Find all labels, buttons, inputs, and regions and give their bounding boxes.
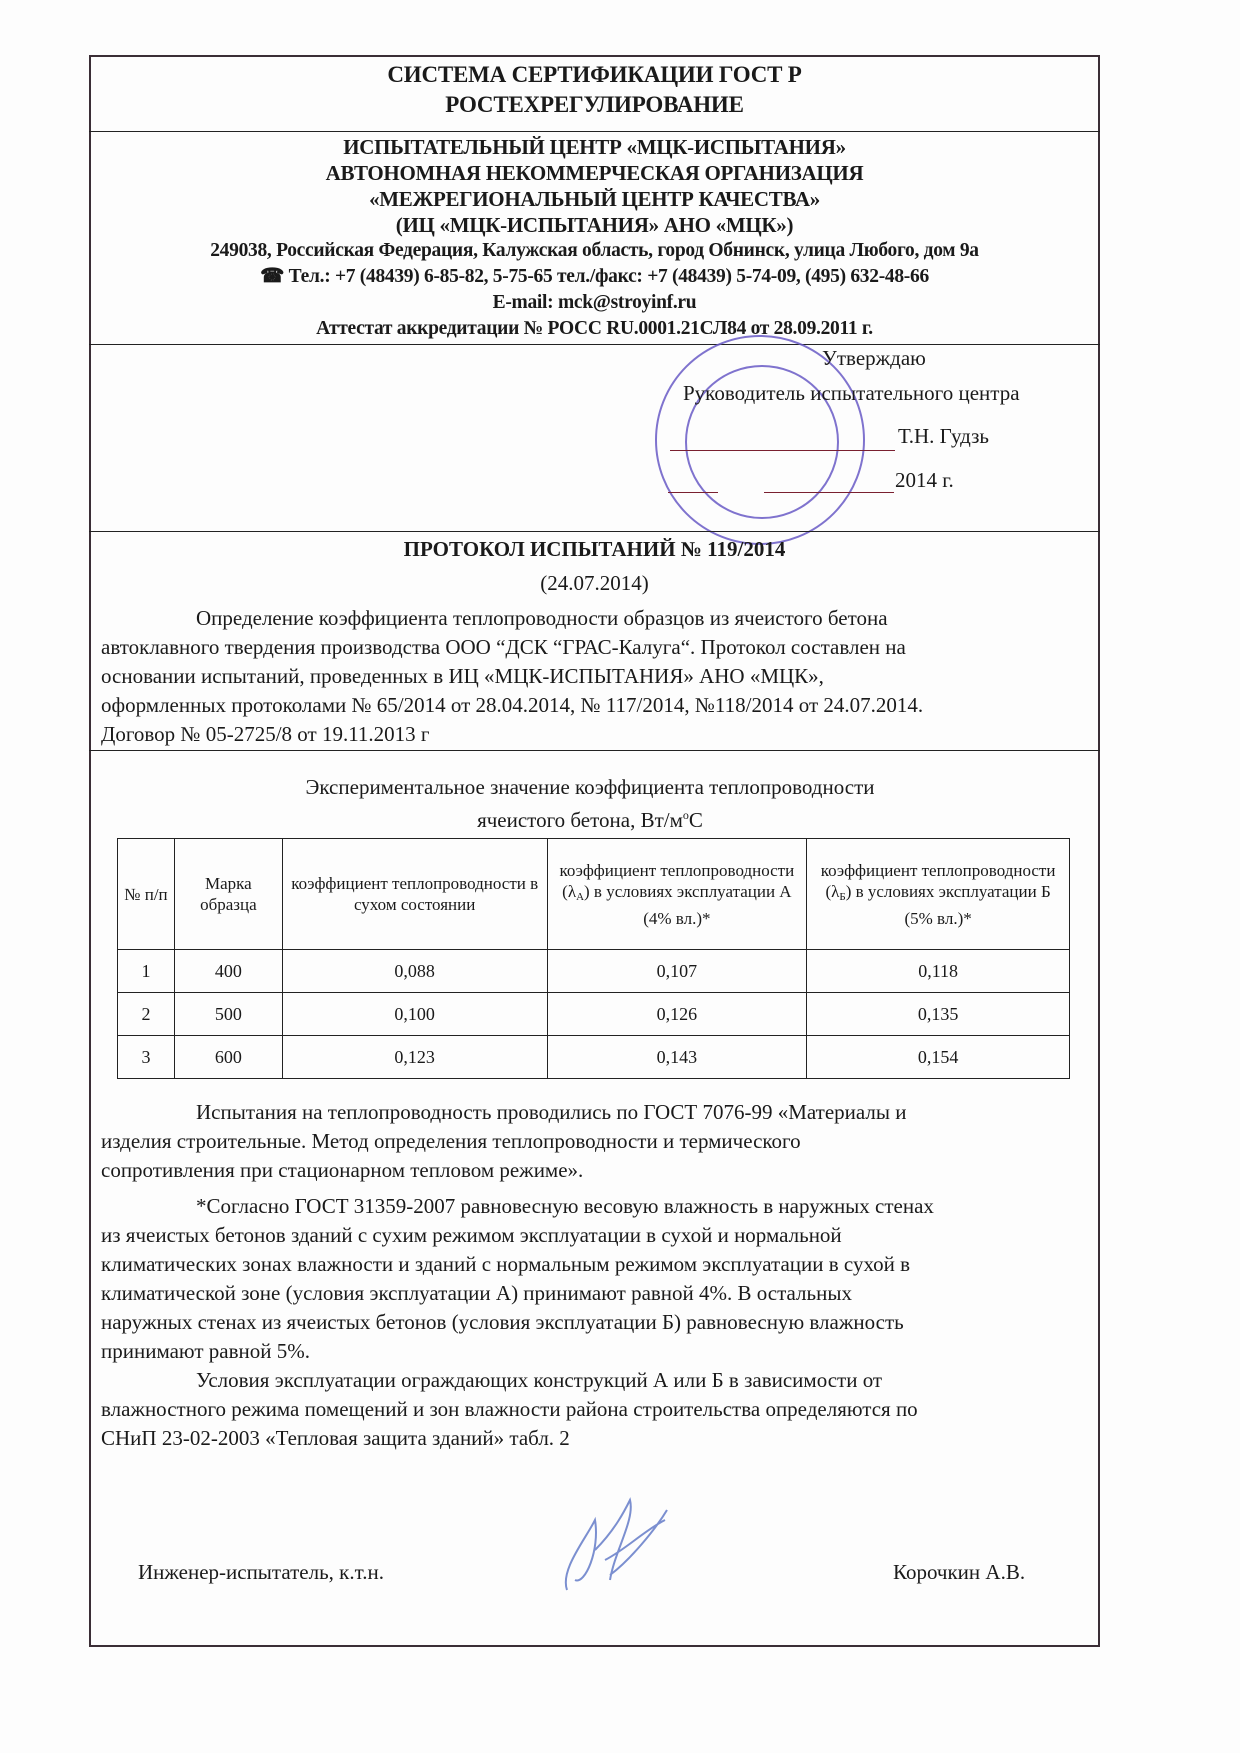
engineer-name: Корочкин А.В.: [893, 1560, 1025, 1585]
cell-mark: 500: [174, 993, 282, 1036]
column-header-number: № п/п: [118, 839, 175, 950]
table-row: 36000,1230,1430,154: [118, 1036, 1070, 1079]
org-line-3: «МЕЖРЕГИОНАЛЬНЫЙ ЦЕНТР КАЧЕСТВА»: [91, 186, 1098, 212]
org-line-4: (ИЦ «МЦК-ИСПЫТАНИЯ» АНО «МЦК»): [91, 212, 1098, 238]
org-phones: ☎ Тел.: +7 (48439) 6-85-82, 5-75-65 тел.…: [91, 264, 1098, 290]
header-text: ) в условиях эксплуатации А (4% вл.)*: [584, 882, 792, 928]
note-line: климатической зоне (условия эксплуатации…: [101, 1279, 1091, 1308]
thermal-conductivity-table: № п/п Марка образца коэффициент теплопро…: [117, 838, 1070, 1079]
note-line: влажностного режима помещений и зон влаж…: [101, 1395, 1091, 1424]
test-method-note: Испытания на теплопроводность проводилис…: [101, 1098, 1091, 1185]
description-line: Договор № 05-2725/8 от 19.11.2013 г: [101, 720, 1091, 749]
note-line: сопротивления при стационарном тепловом …: [101, 1156, 1091, 1185]
cell-num: 1: [118, 950, 175, 993]
cell-b: 0,135: [807, 993, 1070, 1036]
engineer-role: Инженер-испытатель, к.т.н.: [138, 1560, 384, 1585]
cell-a: 0,143: [547, 1036, 807, 1079]
note-line: *Согласно ГОСТ 31359-2007 равновесную ве…: [196, 1194, 934, 1218]
humidity-footnote: *Согласно ГОСТ 31359-2007 равновесную ве…: [101, 1192, 1091, 1366]
cell-b: 0,118: [807, 950, 1070, 993]
description-line: основании испытаний, проведенных в ИЦ «М…: [101, 662, 1091, 691]
org-email[interactable]: E-mail: mck@stroyinf.ru: [91, 290, 1098, 316]
cell-num: 3: [118, 1036, 175, 1079]
signature-line: [670, 450, 895, 451]
org-line-2: АВТОНОМНАЯ НЕКОММЕРЧЕСКАЯ ОРГАНИЗАЦИЯ: [91, 160, 1098, 186]
divider: [89, 131, 1100, 132]
date-day-line: [668, 492, 718, 493]
engineer-signature: [555, 1490, 675, 1600]
table-header-row: № п/п Марка образца коэффициент теплопро…: [118, 839, 1070, 950]
cell-mark: 600: [174, 1036, 282, 1079]
table-caption: Экспериментальное значение коэффициента …: [240, 773, 940, 834]
column-header-condition-b: коэффициент теплопроводности (λБ) в усло…: [807, 839, 1070, 950]
note-line: наружных стенах из ячеистых бетонов (усл…: [101, 1308, 1091, 1337]
caption-text: ячеистого бетона, Вт/м: [477, 808, 683, 832]
protocol-date: (24.07.2014): [91, 568, 1098, 598]
org-line-1: ИСПЫТАТЕЛЬНЫЙ ЦЕНТР «МЦК-ИСПЫТАНИЯ»: [91, 134, 1098, 160]
column-header-mark: Марка образца: [174, 839, 282, 950]
cell-dry: 0,123: [282, 1036, 547, 1079]
header-text: ) в условиях эксплуатации Б (5% вл.)*: [846, 882, 1051, 928]
conditions-note: Условия эксплуатации ограждающих констру…: [101, 1366, 1091, 1453]
approver-name: Т.Н. Гудзь: [898, 424, 989, 449]
note-line: Условия эксплуатации ограждающих констру…: [196, 1368, 882, 1392]
cell-b: 0,154: [807, 1036, 1070, 1079]
caption-line-1: Экспериментальное значение коэффициента …: [240, 773, 940, 801]
date-month-line: [764, 492, 894, 493]
table-row: 25000,1000,1260,135: [118, 993, 1070, 1036]
protocol-description: Определение коэффициента теплопроводност…: [101, 604, 1091, 749]
approver-position: Руководитель испытательного центра: [683, 381, 1020, 406]
note-line: принимают равной 5%.: [101, 1337, 1091, 1366]
accreditation-certificate: Аттестат аккредитации № РОСС RU.0001.21С…: [91, 316, 1098, 342]
description-line: автоклавного твердения производства ООО …: [101, 633, 1091, 662]
description-line: Определение коэффициента теплопроводност…: [196, 606, 888, 630]
certification-system-header: СИСТЕМА СЕРТИФИКАЦИИ ГОСТ Р РОСТЕХРЕГУЛИ…: [91, 60, 1098, 120]
protocol-title: ПРОТОКОЛ ИСПЫТАНИЙ № 119/2014: [91, 534, 1098, 564]
cell-mark: 400: [174, 950, 282, 993]
column-header-dry: коэффициент теплопроводности в сухом сос…: [282, 839, 547, 950]
column-header-condition-a: коэффициент теплопроводности (λА) в усло…: [547, 839, 807, 950]
approve-label: Утверждаю: [822, 346, 926, 371]
note-line: СНиП 23-02-2003 «Тепловая защита зданий»…: [101, 1424, 1091, 1453]
cell-a: 0,107: [547, 950, 807, 993]
note-line: изделия строительные. Метод определения …: [101, 1127, 1091, 1156]
cell-dry: 0,088: [282, 950, 547, 993]
lambda-subscript: А: [576, 891, 584, 903]
table-row: 14000,0880,1070,118: [118, 950, 1070, 993]
organization-header: ИСПЫТАТЕЛЬНЫЙ ЦЕНТР «МЦК-ИСПЫТАНИЯ» АВТО…: [91, 134, 1098, 342]
cell-dry: 0,100: [282, 993, 547, 1036]
note-line: из ячеистых бетонов зданий с сухим режим…: [101, 1221, 1091, 1250]
note-line: климатических зонах влажности и зданий с…: [101, 1250, 1091, 1279]
cell-num: 2: [118, 993, 175, 1036]
caption-line-2: ячеистого бетона, Вт/моС: [240, 801, 940, 834]
system-line-2: РОСТЕХРЕГУЛИРОВАНИЕ: [91, 90, 1098, 120]
caption-unit: С: [689, 808, 703, 832]
divider: [89, 750, 1100, 751]
divider: [89, 531, 1100, 532]
org-address: 249038, Российская Федерация, Калужская …: [91, 238, 1098, 264]
system-line-1: СИСТЕМА СЕРТИФИКАЦИИ ГОСТ Р: [91, 60, 1098, 90]
cell-a: 0,126: [547, 993, 807, 1036]
divider: [89, 344, 1100, 345]
note-line: Испытания на теплопроводность проводилис…: [196, 1100, 907, 1124]
phone-icon: ☎: [260, 266, 284, 287]
description-line: оформленных протоколами № 65/2014 от 28.…: [101, 691, 1091, 720]
phone-numbers: Тел.: +7 (48439) 6-85-82, 5-75-65 тел./ф…: [289, 266, 929, 287]
approval-year: 2014 г.: [895, 468, 954, 493]
